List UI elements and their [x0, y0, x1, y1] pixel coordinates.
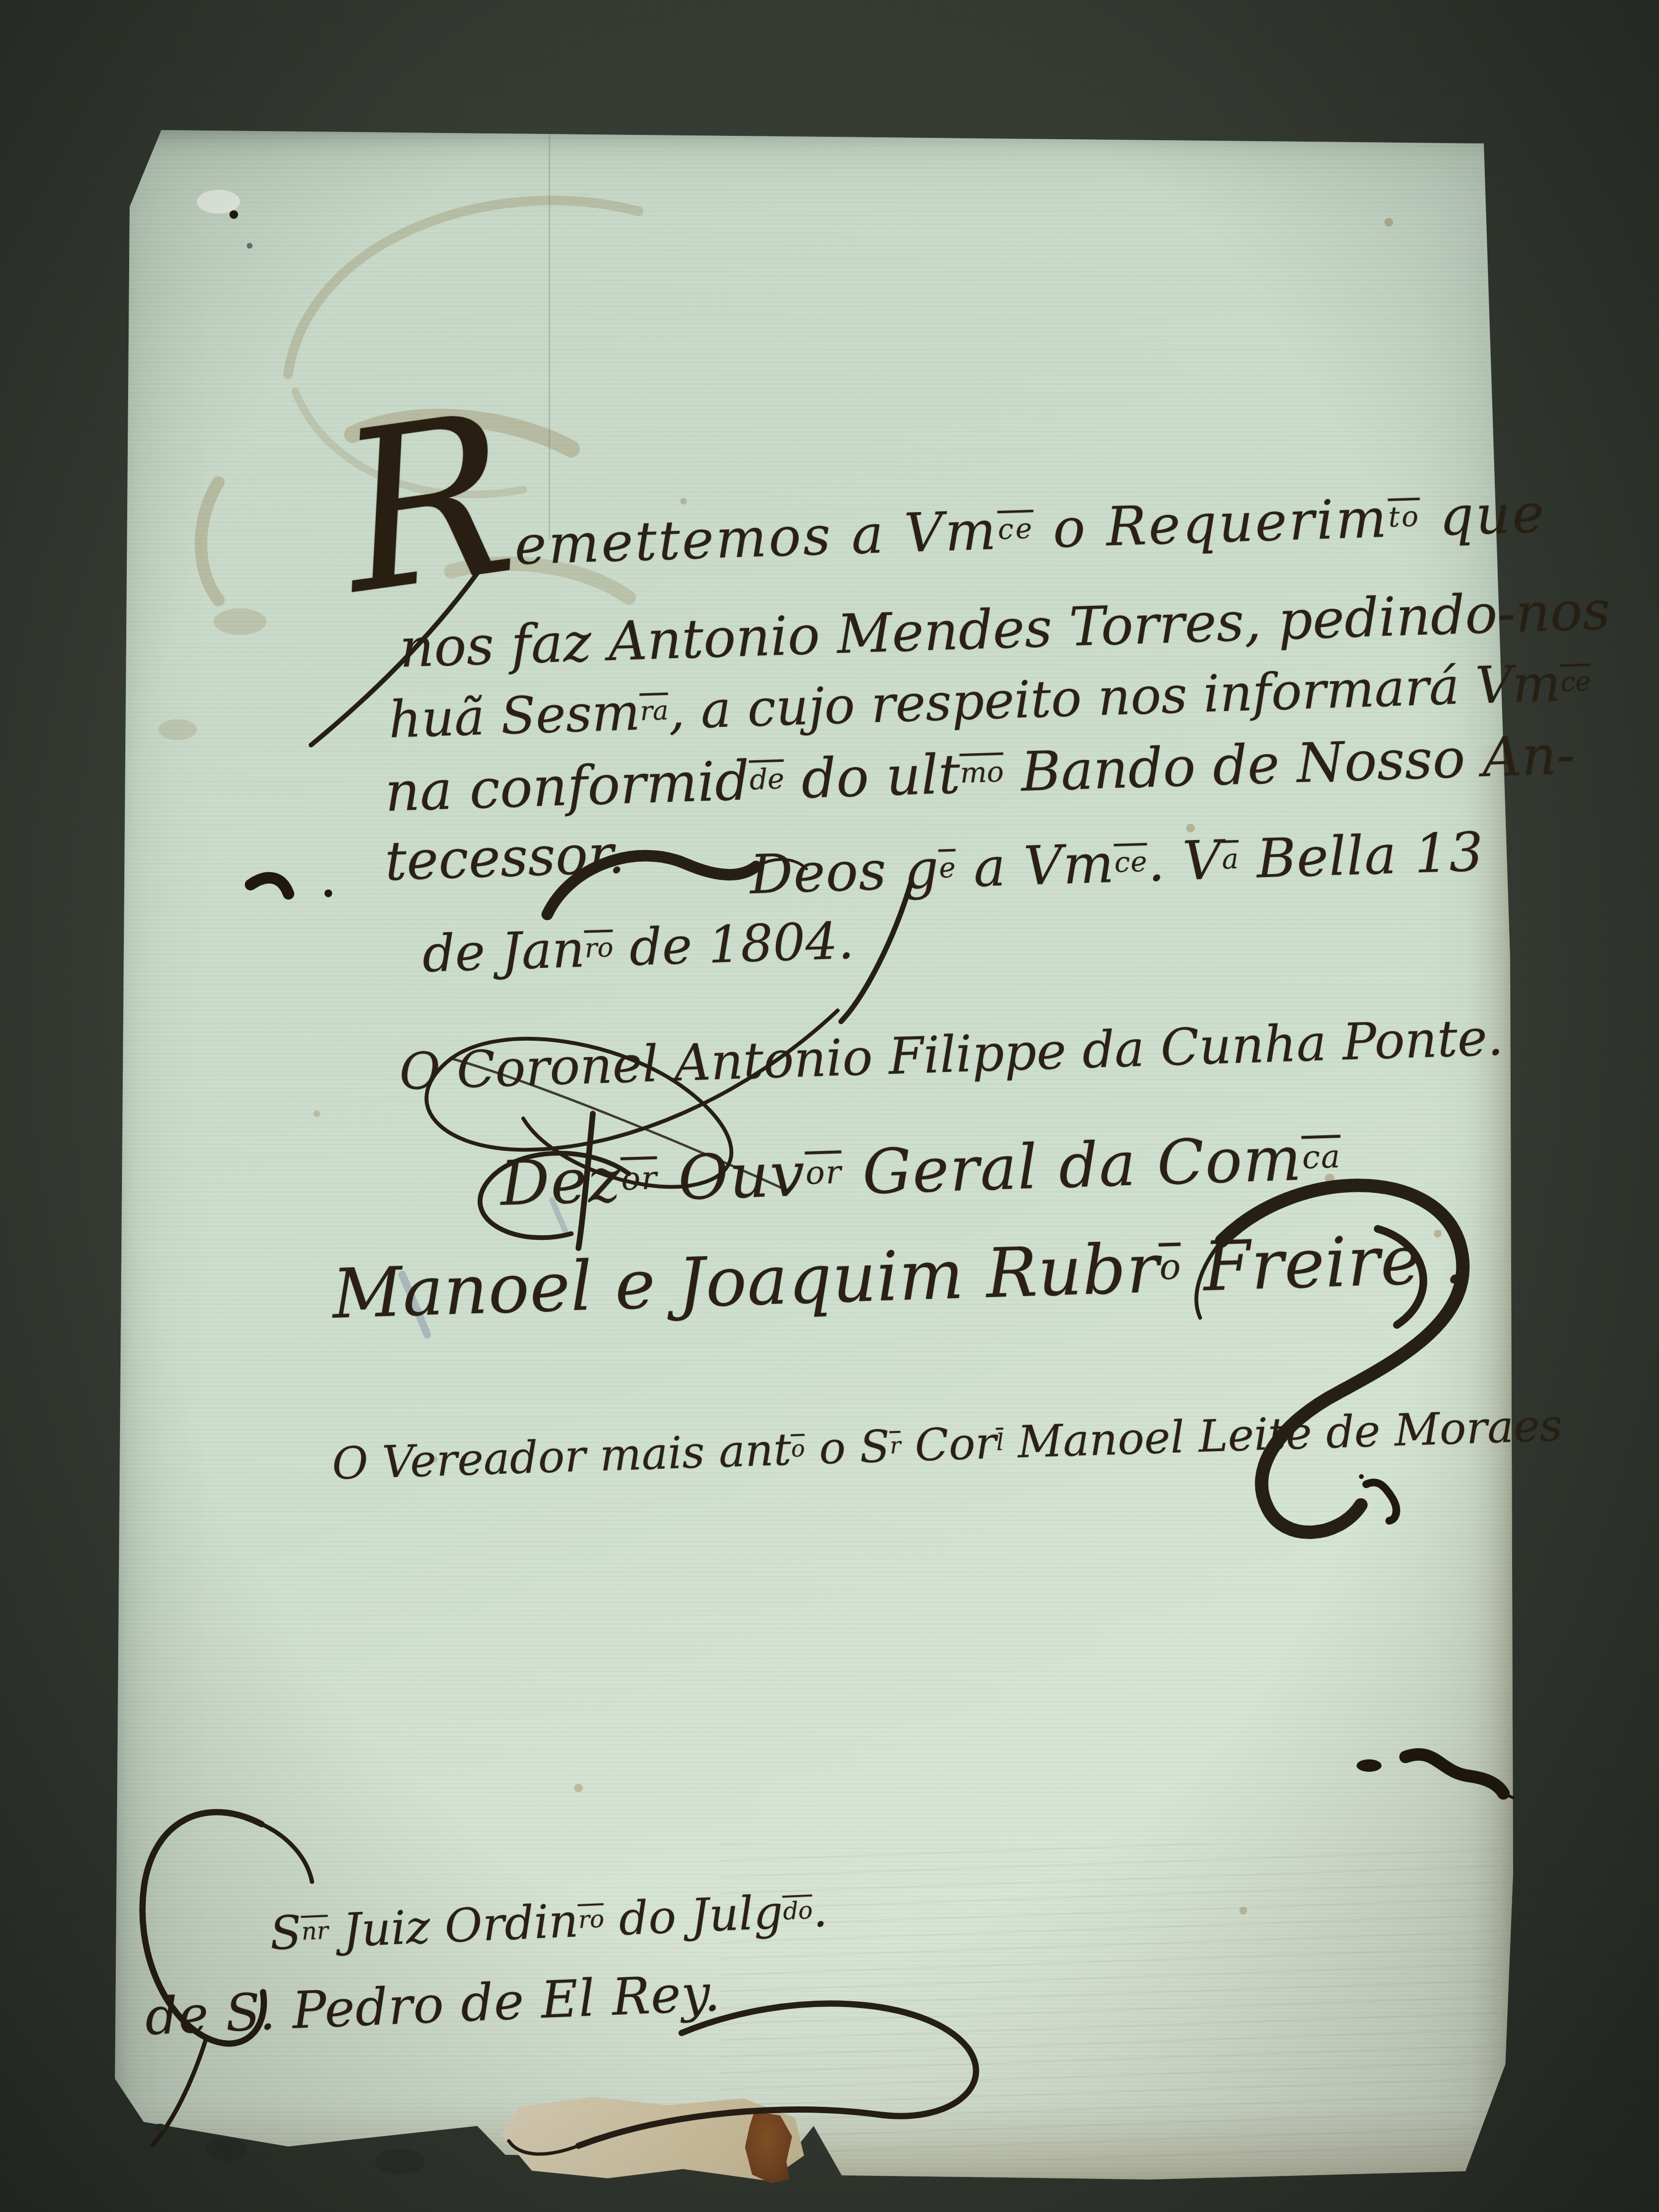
ouvidor-capital-loop — [578, 1114, 593, 1248]
ink-blot-checkmark — [251, 878, 289, 894]
ink-flourishes-overlay — [0, 0, 1659, 2212]
address-trailing-swash — [578, 2004, 976, 2146]
signature-rubric-flourish — [1378, 1229, 1423, 1325]
worm-hole — [375, 2149, 425, 2174]
worm-hole — [154, 2124, 166, 2131]
valediction-lead-swash — [547, 856, 756, 914]
date-slash-flourish — [841, 882, 911, 1022]
under-date-loop-flourish — [426, 1010, 838, 1187]
valediction-lead-swash — [756, 859, 806, 869]
ink-dot — [325, 890, 332, 897]
ouvidor-capital-loop — [480, 1153, 629, 1238]
capital-R-tail-swash — [311, 559, 487, 745]
address-capital-flourish — [262, 1824, 312, 1882]
ink-blot-tick — [1366, 1482, 1396, 1521]
photo-background: R emettemos a Vmce o Requerimto que nos … — [0, 0, 1659, 2212]
worm-hole — [206, 2138, 247, 2161]
address-capital-flourish — [143, 1812, 264, 2044]
signature-rubric-flourish — [1222, 1185, 1463, 1532]
address-trailing-swash — [509, 2141, 578, 2154]
ink-dot — [1359, 1474, 1364, 1479]
ink-blot-small — [1357, 1759, 1382, 1772]
signature-rubric-flourish — [1196, 1241, 1222, 1318]
ink-blot-squiggle-right-edge — [1406, 1755, 1503, 1793]
